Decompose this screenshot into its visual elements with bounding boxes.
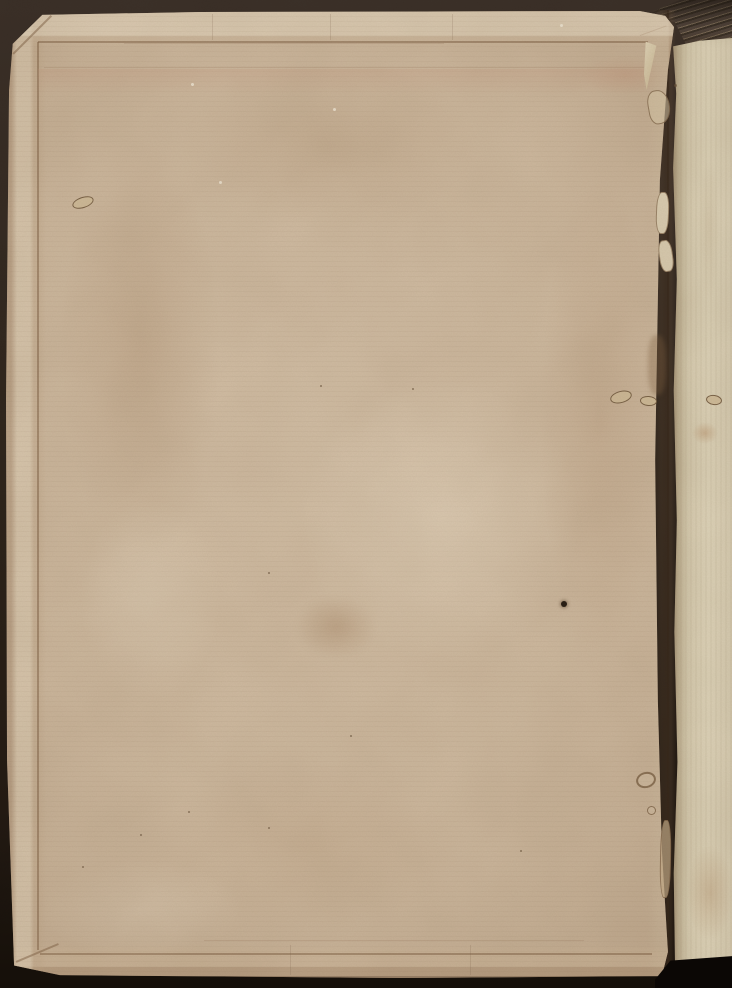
gutter-stain bbox=[648, 335, 666, 395]
stain bbox=[296, 596, 376, 658]
turn-in-fold-tick bbox=[212, 14, 213, 40]
stain bbox=[540, 180, 660, 660]
turn-in-crease-top-echo bbox=[124, 43, 444, 44]
fleck bbox=[188, 811, 190, 813]
fleck bbox=[520, 850, 522, 852]
stain bbox=[40, 860, 240, 960]
manuscript-scan bbox=[0, 0, 732, 988]
fleck bbox=[320, 385, 322, 387]
stain bbox=[80, 500, 220, 700]
turn-in-crease-left bbox=[37, 42, 39, 950]
fleck bbox=[82, 866, 84, 868]
speck bbox=[219, 181, 222, 184]
fleck bbox=[350, 735, 352, 737]
stain bbox=[180, 60, 480, 230]
speck bbox=[333, 108, 336, 111]
fleck bbox=[268, 572, 270, 574]
turn-in-crease-bottom-echo bbox=[204, 940, 584, 941]
speck bbox=[560, 24, 563, 27]
turn-in-fold-tick bbox=[452, 14, 453, 40]
vellum-inside-cover bbox=[4, 11, 676, 979]
stain bbox=[580, 55, 670, 95]
fleck bbox=[674, 84, 677, 87]
stain bbox=[686, 845, 732, 941]
fleck bbox=[140, 834, 142, 836]
turn-in-fold-tick bbox=[290, 945, 291, 975]
stain bbox=[692, 422, 718, 444]
stain bbox=[698, 160, 720, 300]
fleck bbox=[268, 827, 270, 829]
turn-in-fold-tick bbox=[470, 945, 471, 975]
turn-in-fold-tick bbox=[330, 14, 331, 40]
lacing-ring-small bbox=[647, 806, 656, 815]
wormhole bbox=[561, 601, 567, 607]
speck bbox=[191, 83, 194, 86]
fleck bbox=[412, 388, 414, 390]
